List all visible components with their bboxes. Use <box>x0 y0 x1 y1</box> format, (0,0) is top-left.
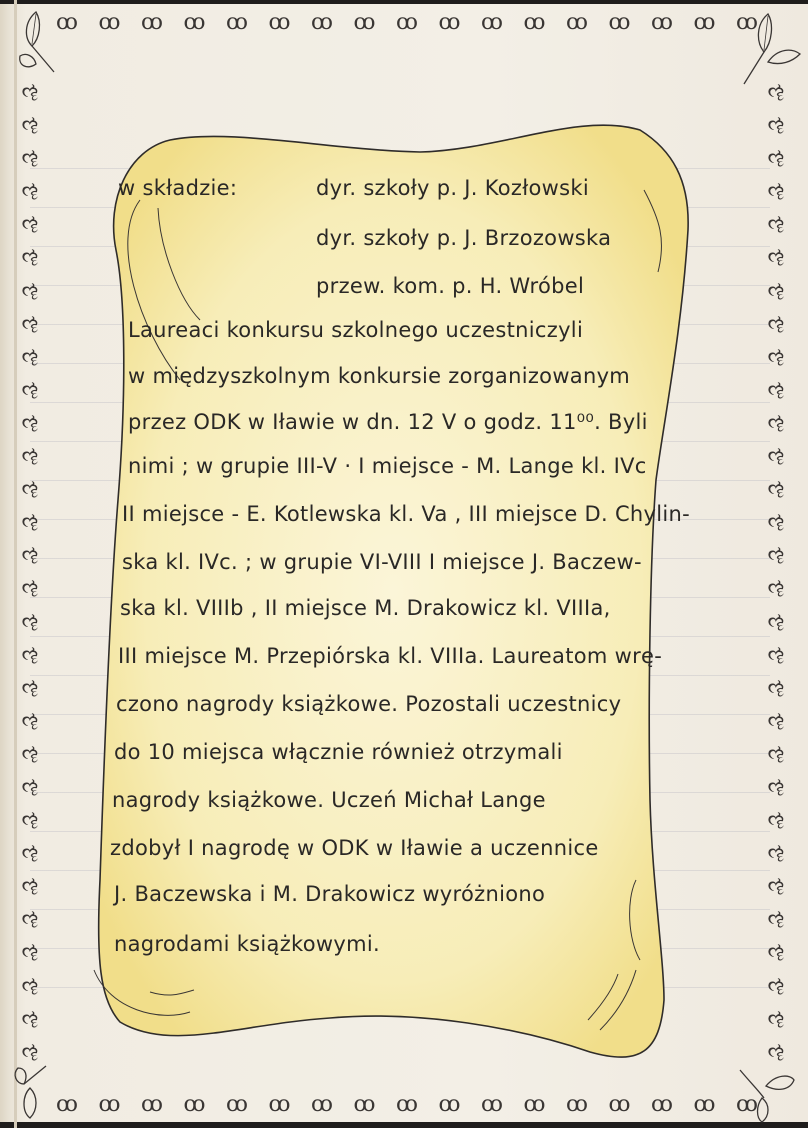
body-line: nagrody książkowe. Uczeń Michał Lange <box>112 788 546 812</box>
body-line: ska kl. VIIIb , II miejsce M. Drakowicz … <box>120 596 611 620</box>
committee-member: dyr. szkoły p. J. Kozłowski <box>316 176 589 200</box>
committee-member: przew. kom. p. H. Wróbel <box>316 274 584 298</box>
notebook-page: ꝏꝏꝏꝏꝏꝏꝏꝏꝏꝏꝏꝏꝏꝏꝏꝏꝏ ꝏꝏꝏꝏꝏꝏꝏꝏꝏꝏꝏꝏꝏꝏꝏꝏꝏ ૡૡૡૡ… <box>0 0 808 1128</box>
body-line: zdobył I nagrodę w ODK w Iławie a uczenn… <box>110 836 599 860</box>
body-line: II miejsce - E. Kotlewska kl. Va , III m… <box>122 502 690 526</box>
body-line: III miejsce M. Przepiórska kl. VIIIa. La… <box>118 644 662 668</box>
body-line: nimi ; w grupie III-V · I miejsce - M. L… <box>128 454 647 478</box>
body-line: do 10 miejsca włącznie również otrzymali <box>114 740 563 764</box>
body-line: czono nagrody książkowe. Pozostali uczes… <box>116 692 621 716</box>
body-line: J. Baczewska i M. Drakowicz wyróżniono <box>114 882 545 906</box>
committee-intro: w składzie: <box>118 176 237 200</box>
body-line: w międzyszkolnym konkursie zorganizowany… <box>128 364 630 388</box>
body-line: nagrodami książkowymi. <box>114 932 380 956</box>
committee-member: dyr. szkoły p. J. Brzozowska <box>316 226 611 250</box>
body-line: Laureaci konkursu szkolnego uczestniczyl… <box>128 318 583 342</box>
body-line: ska kl. IVc. ; w grupie VI-VIII I miejsc… <box>122 550 642 574</box>
body-line: przez ODK w Iławie w dn. 12 V o godz. 11… <box>128 410 648 434</box>
